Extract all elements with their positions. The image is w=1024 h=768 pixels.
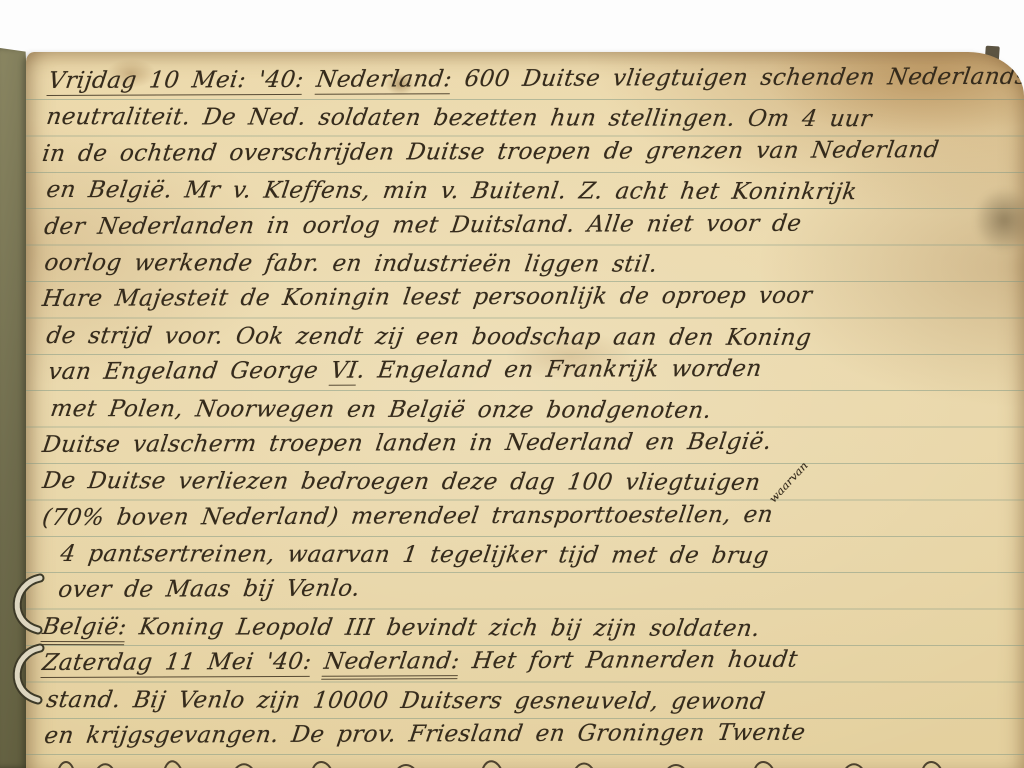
handwriting-segment: oorlog werkende fabr. en industrieën lig… bbox=[43, 250, 660, 278]
handwriting-segment: 4 pantsertreinen, waarvan 1 tegelijker t… bbox=[59, 541, 771, 569]
handwriting-line: van Engeland George VI. Engeland en Fran… bbox=[40, 350, 1024, 391]
binding-stitches bbox=[0, 560, 54, 730]
diary-page: Vrijdag 10 Mei: '40: Nederland: 600 Duit… bbox=[26, 52, 1024, 768]
handwriting-line: Hare Majesteit de Koningin leest persoon… bbox=[40, 277, 1024, 318]
handwriting-line: over de Maas bij Venlo. bbox=[40, 568, 1024, 609]
handwriting-line: Vrijdag 10 Mei: '40: Nederland: 600 Duit… bbox=[40, 59, 1024, 100]
handwriting-segment: De Duitse verliezen bedroegen deze dag 1… bbox=[41, 468, 762, 496]
handwriting-line: der Nederlanden in oorlog met Duitsland.… bbox=[40, 204, 1024, 245]
partial-bottom-line-strokes bbox=[44, 757, 984, 768]
handwriting-segment: en krijgsgevangen. De prov. Friesland en… bbox=[43, 720, 807, 749]
handwriting-segment: Het fort Pannerden houdt bbox=[458, 647, 799, 674]
handwriting-segment: Duitse valscherm troepen landen in Neder… bbox=[41, 429, 773, 458]
handwriting-segment: der Nederlanden in oorlog met Duitsland.… bbox=[43, 210, 803, 239]
handwriting-segment: Hare Majesteit de Koningin leest persoon… bbox=[41, 283, 814, 312]
photo-background: Vrijdag 10 Mei: '40: Nederland: 600 Duit… bbox=[0, 0, 1024, 768]
handwriting-segment: stand. Bij Venlo zijn 10000 Duitsers ges… bbox=[45, 687, 767, 715]
handwriting-line: en krijgsgevangen. De prov. Friesland en… bbox=[40, 714, 1024, 755]
handwriting-segment: en België. Mr v. Kleffens, min v. Buiten… bbox=[45, 177, 859, 205]
handwriting-segment: over de Maas bij Venlo. bbox=[57, 576, 362, 603]
handwriting-lines: Vrijdag 10 Mei: '40: Nederland: 600 Duit… bbox=[40, 63, 1020, 754]
handwriting-segment: met Polen, Noorwegen en België onze bond… bbox=[49, 396, 713, 424]
handwriting-line: Zaterdag 11 Mei '40: Nederland: Het fort… bbox=[40, 641, 1024, 682]
handwriting-segment: in de ochtend overschrijden Duitse troep… bbox=[41, 137, 941, 167]
handwriting-segment: Vrijdag 10 Mei: '40: bbox=[46, 67, 305, 96]
handwriting-line: Duitse valscherm troepen landen in Neder… bbox=[40, 423, 1024, 464]
handwriting-segment: (70% boven Nederland) merendeel transpor… bbox=[41, 502, 775, 531]
handwriting-segment: Nederland: bbox=[322, 648, 462, 680]
handwriting-segment: Zaterdag 11 Mei '40: bbox=[40, 649, 313, 678]
handwriting-segment: de strijd voor. Ook zendt zij een boodsc… bbox=[45, 323, 813, 351]
handwriting-segment: VI bbox=[329, 358, 359, 386]
handwriting-segment: van Engeland George bbox=[47, 358, 333, 385]
handwriting-segment: . Engeland en Frankrijk worden bbox=[356, 356, 764, 384]
handwriting-segment: 600 Duitse vliegtuigen schenden Nederlan… bbox=[450, 64, 1024, 93]
handwriting-line: (70% boven Nederland) merendeel transpor… bbox=[40, 495, 1024, 536]
handwriting-segment: Nederland: bbox=[314, 66, 453, 95]
handwriting-segment: neutraliteit. De Ned. soldaten bezetten … bbox=[45, 104, 874, 132]
handwriting-line: in de ochtend overschrijden Duitse troep… bbox=[40, 132, 1024, 173]
handwriting-segment: Koning Leopold III bevindt zich bij zijn… bbox=[125, 614, 762, 642]
